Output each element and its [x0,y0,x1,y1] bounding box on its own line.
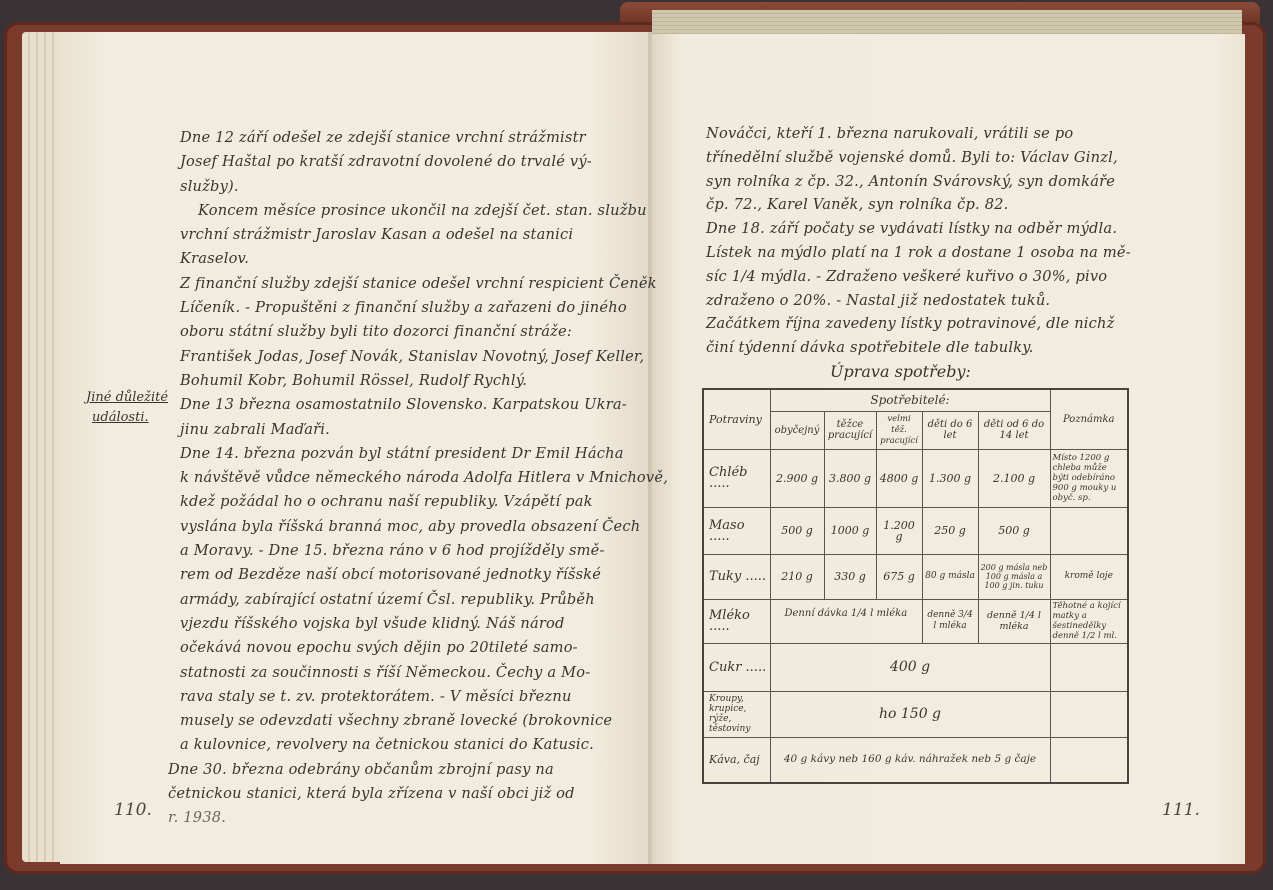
value-cell-span: 40 g kávy neb 160 g káv. náhražek neb 5 … [770,737,1050,783]
food-cell: Maso ..... [703,507,770,554]
text-line: statnosti za součinnosti s říší Německou… [180,661,668,685]
food-cell: Tuky ..... [703,554,770,599]
margin-note: Jiné důležité události. [86,388,168,428]
table-row: Cukr ..... 400 g [703,643,1128,691]
header-consumer: těžce pracující [824,411,876,449]
value-cell: 1000 g [824,507,876,554]
text-line: syn rolníka z čp. 32., Antonín Svárovský… [706,170,1131,194]
text-line: síc 1/4 mýdla. - Zdraženo veškeré kuřivo… [706,265,1131,289]
text-line: Líčeník. - Propuštěni z finanční služby … [180,296,668,320]
text-line: oboru státní služby byli tito dozorci fi… [180,320,668,344]
text-line: Dne 18. září počaty se vydávati lístky n… [706,217,1131,241]
value-cell: denně 1/4 l mléka [978,599,1050,643]
food-cell: Kroupy, krupice, rýže, těstoviny [703,691,770,737]
value-cell: 330 g [824,554,876,599]
value-cell: 3.800 g [824,449,876,507]
margin-note-line: Jiné důležité [86,388,168,408]
value-cell: 210 g [770,554,824,599]
value-cell: denně 3/4 l mléka [922,599,978,643]
food-cell: Chléb ..... [703,449,770,507]
header-consumer: děti do 6 let [922,411,978,449]
value-cell: 500 g [770,507,824,554]
text-line: rem od Bezděze naší obcí motorisované je… [180,563,668,587]
value-cell-span: 400 g [770,643,1050,691]
text-line: Lístek na mýdlo platí na 1 rok a dostane… [706,241,1131,265]
text-line: Dne 12 září odešel ze zdejší stanice vrc… [180,126,668,150]
value-cell: 80 g másla [922,554,978,599]
right-page-text: Nováčci, kteří 1. března narukovali, vrá… [706,122,1131,360]
text-line: František Jodas, Josef Novák, Stanislav … [180,345,668,369]
note-cell [1050,507,1128,554]
text-line: činí týdenní dávka spotřebitele dle tabu… [706,336,1131,360]
note-cell: Místo 1200 g chleba může býti odebíráno … [1050,449,1128,507]
text-line: rava staly se t. zv. protektorátem. - V … [180,685,668,709]
text-line: a Moravy. - Dne 15. března ráno v 6 hod … [180,539,668,563]
value-cell: 675 g [876,554,922,599]
value-cell-span: Denní dávka 1/4 l mléka [770,599,922,643]
value-cell: 4800 g [876,449,922,507]
header-consumer: obyčejný [770,411,824,449]
text-line: Z finanční služby zdejší stanice odešel … [180,272,668,296]
value-cell: 250 g [922,507,978,554]
header-note: Poznámka [1050,389,1128,449]
note-cell: kromě loje [1050,554,1128,599]
left-page-text: Dne 12 září odešel ze zdejší stanice vrc… [180,126,668,831]
text-line: Bohumil Kobr, Bohumil Rössel, Rudolf Ryc… [180,369,668,393]
note-cell [1050,691,1128,737]
table-row: Mléko ..... Denní dávka 1/4 l mléka denn… [703,599,1128,643]
text-line: čp. 72., Karel Vaněk, syn rolníka čp. 82… [706,193,1131,217]
text-line: r. 1938. [168,806,668,830]
text-line: a kulovnice, revolvery na četnickou stan… [180,733,668,757]
header-food: Potraviny [703,389,770,449]
text-line: Dne 14. března pozván byl státní preside… [180,442,668,466]
value-cell: 1.200 g [876,507,922,554]
text-line: Dne 13 března osamostatnilo Slovensko. K… [180,393,668,417]
note-cell [1050,643,1128,691]
page-number-right: 111. [1162,800,1200,820]
table-row: Kroupy, krupice, rýže, těstoviny ho 150 … [703,691,1128,737]
margin-note-line: události. [86,408,168,428]
text-line: četnickou stanici, která byla zřízena v … [168,782,668,806]
table-row: Maso ..... 500 g 1000 g 1.200 g 250 g 50… [703,507,1128,554]
value-cell: 2.100 g [978,449,1050,507]
table-title: Úprava spotřeby: [830,362,971,381]
text-line: k návštěvě vůdce německého národa Adolfa… [180,466,668,490]
food-cell: Mléko ..... [703,599,770,643]
header-consumer: děti od 6 do 14 let [978,411,1050,449]
header-consumers-group: Spotřebitelé: [770,389,1050,411]
text-line: očekává novou epochu svých dějin po 20ti… [180,636,668,660]
table-row: Káva, čaj 40 g kávy neb 160 g káv. náhra… [703,737,1128,783]
table-row: Chléb ..... 2.900 g 3.800 g 4800 g 1.300… [703,449,1128,507]
text-line: Josef Haštal po kratší zdravotní dovolen… [180,150,668,174]
food-cell: Káva, čaj [703,737,770,783]
text-line: vjezdu říšského vojska byl všude klidný.… [180,612,668,636]
text-line: vyslána byla říšská branná moc, aby prov… [180,515,668,539]
text-line: třínedělní službě vojenské domů. Byli to… [706,146,1131,170]
page-number-left: 110. [114,800,152,820]
text-line: kdež požádal ho o ochranu naší republiky… [180,490,668,514]
text-line: Koncem měsíce prosince ukončil na zdejší… [180,199,668,223]
text-line: služby). [180,175,668,199]
ration-table: Potraviny Spotřebitelé: Poznámka obyčejn… [702,388,1129,784]
header-consumer: velmi těž. pracující [876,411,922,449]
text-line: jinu zabrali Maďaři. [180,418,668,442]
text-line: Kraselov. [180,247,668,271]
value-cell: 2.900 g [770,449,824,507]
text-line: Dne 30. března odebrány občanům zbrojní … [168,758,668,782]
right-page-stack [652,10,1242,34]
note-cell [1050,737,1128,783]
note-cell: Těhotné a kojící matky a šestinedělky de… [1050,599,1128,643]
table-row: Tuky ..... 210 g 330 g 675 g 80 g másla … [703,554,1128,599]
text-line: musely se odevzdati všechny zbraně lovec… [180,709,668,733]
value-cell: 200 g másla neb 100 g másla a 100 g jin.… [978,554,1050,599]
food-cell: Cukr ..... [703,643,770,691]
text-line: vrchní strážmistr Jaroslav Kasan a odeše… [180,223,668,247]
value-cell: 500 g [978,507,1050,554]
text-line: Nováčci, kteří 1. března narukovali, vrá… [706,122,1131,146]
value-cell-span: ho 150 g [770,691,1050,737]
value-cell: 1.300 g [922,449,978,507]
text-line: zdraženo o 20%. - Nastal již nedostatek … [706,289,1131,313]
text-line: armády, zabírající ostatní území Čsl. re… [180,588,668,612]
text-line: Začátkem října zavedeny lístky potravino… [706,312,1131,336]
